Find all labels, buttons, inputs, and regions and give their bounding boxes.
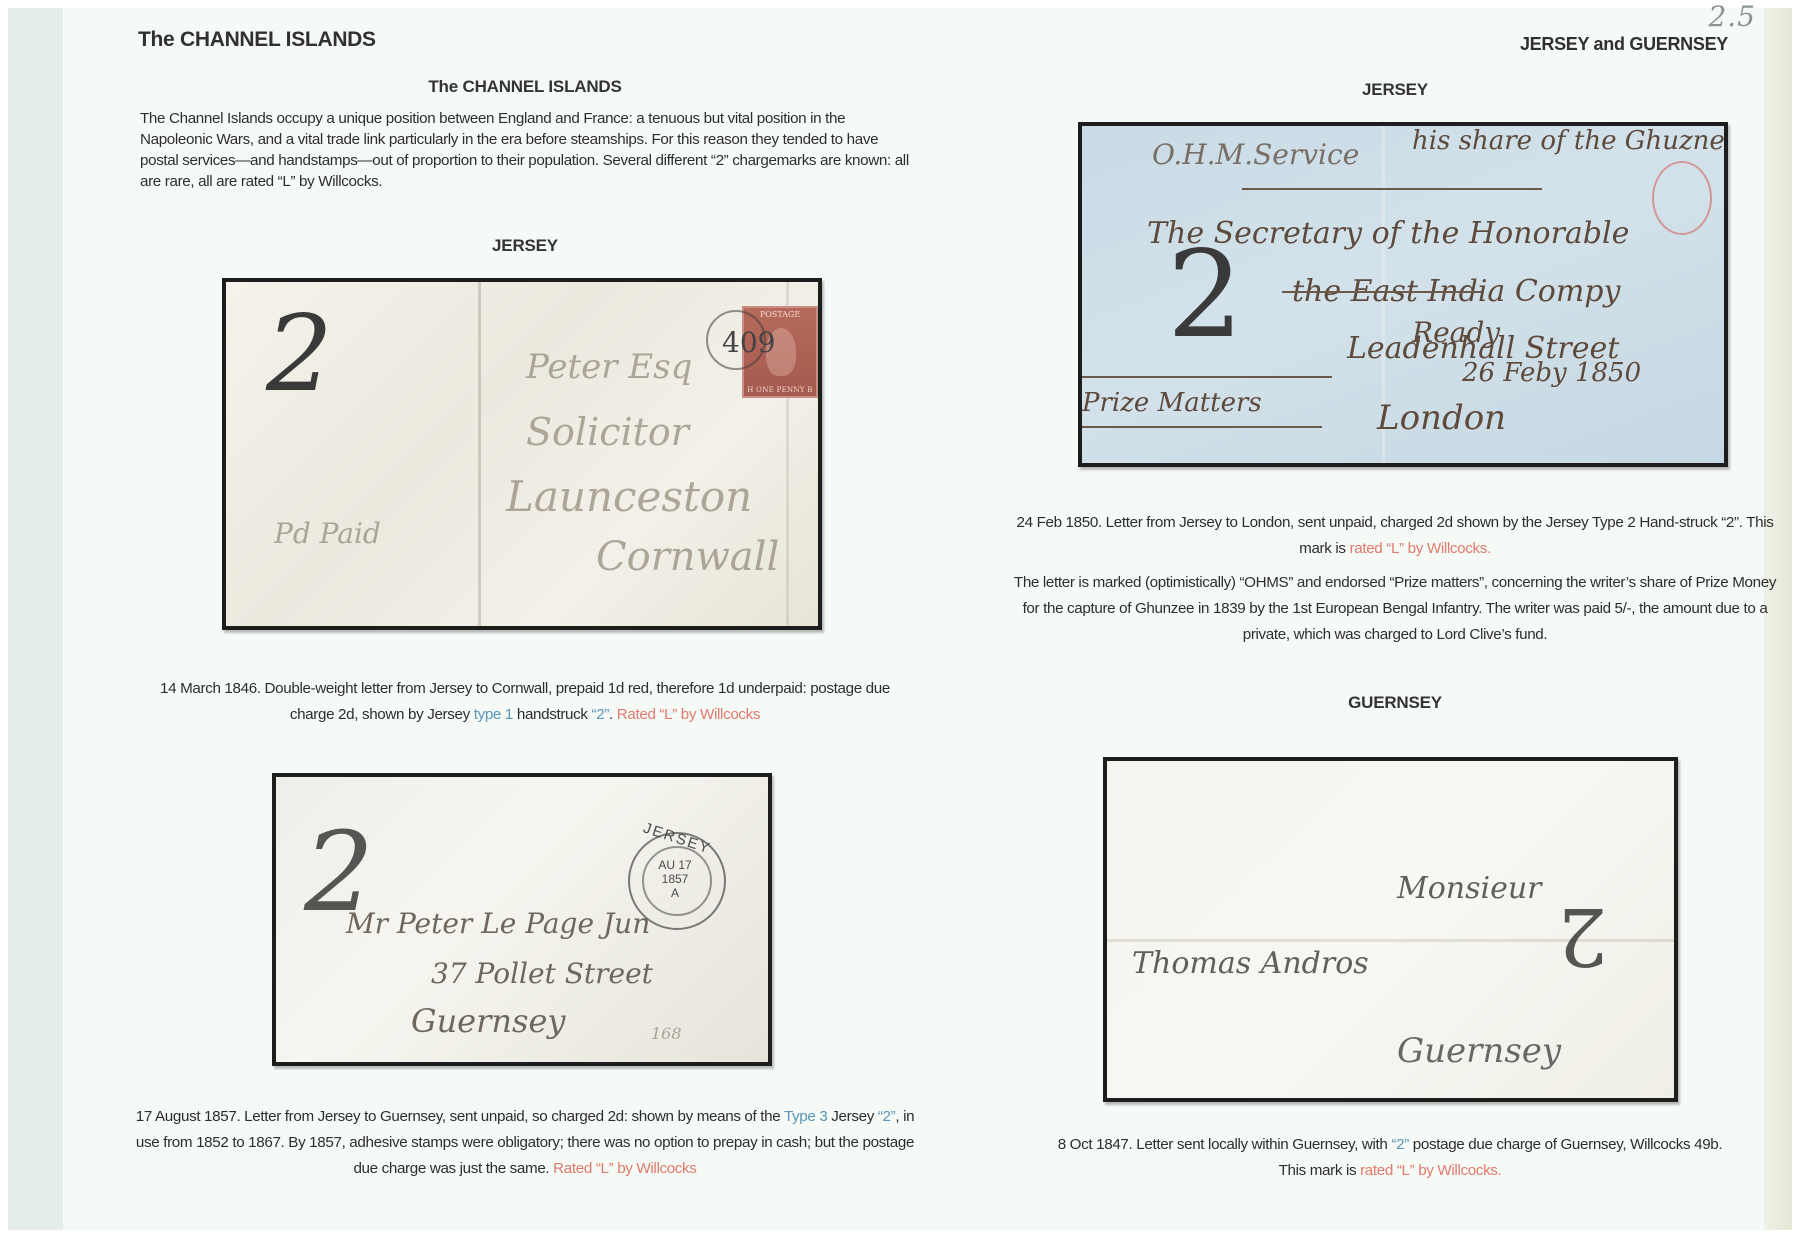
section-title-guernsey: GUERNSEY [1010, 693, 1780, 713]
address-line: Cornwall [596, 534, 779, 580]
cover-1850-jersey-london: 2 O.H.M.Service his share of the Ghuznee… [1078, 122, 1728, 467]
intro-title: The CHANNEL ISLANDS [140, 77, 910, 97]
page-bottom-margin [0, 1232, 1800, 1238]
address-line: 26 Feby 1850 [1462, 358, 1641, 388]
prize-matters-endorsement: Prize Matters [1082, 388, 1262, 418]
address-line: Solicitor [526, 410, 689, 454]
address-line: Mr Peter Le Page Jun [346, 907, 650, 940]
intro-text: The Channel Islands occupy a unique posi… [140, 108, 920, 192]
rating-highlight: Rated “L” by Willcocks [553, 1160, 696, 1177]
address-line: London [1377, 398, 1506, 438]
strike-through-line [1082, 426, 1322, 428]
address-line: his share of the Ghuznee Prize Money [1412, 126, 1728, 156]
page-number-annotation: 2.5 [1708, 0, 1756, 33]
address-line: The Secretary of the Honorable [1147, 216, 1629, 251]
cover-1857-jersey-guernsey: 2 JERSEY AU 17 1857 A Mr Peter Le Page J… [272, 773, 772, 1066]
rating-highlight: Rated “L” by Willcocks [617, 706, 760, 723]
charge-mark-2: 2 [266, 302, 333, 407]
caption-1846: 14 March 1846. Double-weight letter from… [140, 676, 910, 728]
highlight-type: type 1 [474, 706, 513, 723]
pencil-note: 168 [651, 1024, 682, 1043]
strike-through-line [1082, 376, 1332, 378]
highlight-mark: “2” [878, 1108, 896, 1125]
page-edge-left [8, 8, 63, 1230]
address-line: Thomas Andros [1132, 946, 1369, 981]
strike-through-line [1242, 188, 1542, 190]
strike-through-line [1282, 291, 1482, 293]
rating-highlight: rated “L” by Willcocks. [1360, 1162, 1501, 1179]
red-jersey-datestamp [1652, 161, 1712, 235]
highlight-type: Type 3 [784, 1108, 828, 1125]
section-title-jersey-left: JERSEY [140, 236, 910, 256]
page-header-right: JERSEY and GUERNSEY [1520, 34, 1728, 55]
address-line: Guernsey [1397, 1031, 1561, 1071]
postmark-number: 409 [722, 326, 775, 359]
highlight-mark: “2” [592, 706, 610, 723]
rating-highlight: rated “L” by Willcocks. [1350, 540, 1491, 557]
charge-mark-2: 2 [1167, 236, 1243, 356]
paid-endorsement: Pd Paid [274, 517, 381, 550]
fold-line [478, 282, 481, 626]
highlight-mark: “2” [1391, 1136, 1409, 1153]
caption-1847: 8 Oct 1847. Letter sent locally within G… [1000, 1132, 1780, 1184]
address-line: Peter Esq [526, 347, 692, 387]
address-line: Launceston [506, 472, 752, 521]
cover-1847-guernsey-local: Monsieur Thomas Andros Guernsey 2 [1103, 757, 1678, 1102]
caption-1850-detail: The letter is marked (optimistically) “O… [1010, 570, 1780, 648]
address-line: O.H.M.Service [1152, 138, 1359, 171]
charge-mark-2: 2 [1557, 896, 1608, 976]
section-title-jersey-right: JERSEY [1010, 80, 1780, 100]
page-header-left: The CHANNEL ISLANDS [138, 28, 376, 52]
address-line: Guernsey [411, 1002, 565, 1040]
caption-1857: 17 August 1857. Letter from Jersey to Gu… [130, 1104, 920, 1182]
cover-1846-jersey-cornwall: 2 POSTAGE H ONE PENNY B 409 Peter Esq So… [222, 278, 822, 630]
caption-1850: 24 Feb 1850. Letter from Jersey to Londo… [1010, 510, 1780, 562]
address-line: 37 Pollet Street [431, 957, 653, 990]
address-line: Monsieur [1397, 871, 1542, 906]
